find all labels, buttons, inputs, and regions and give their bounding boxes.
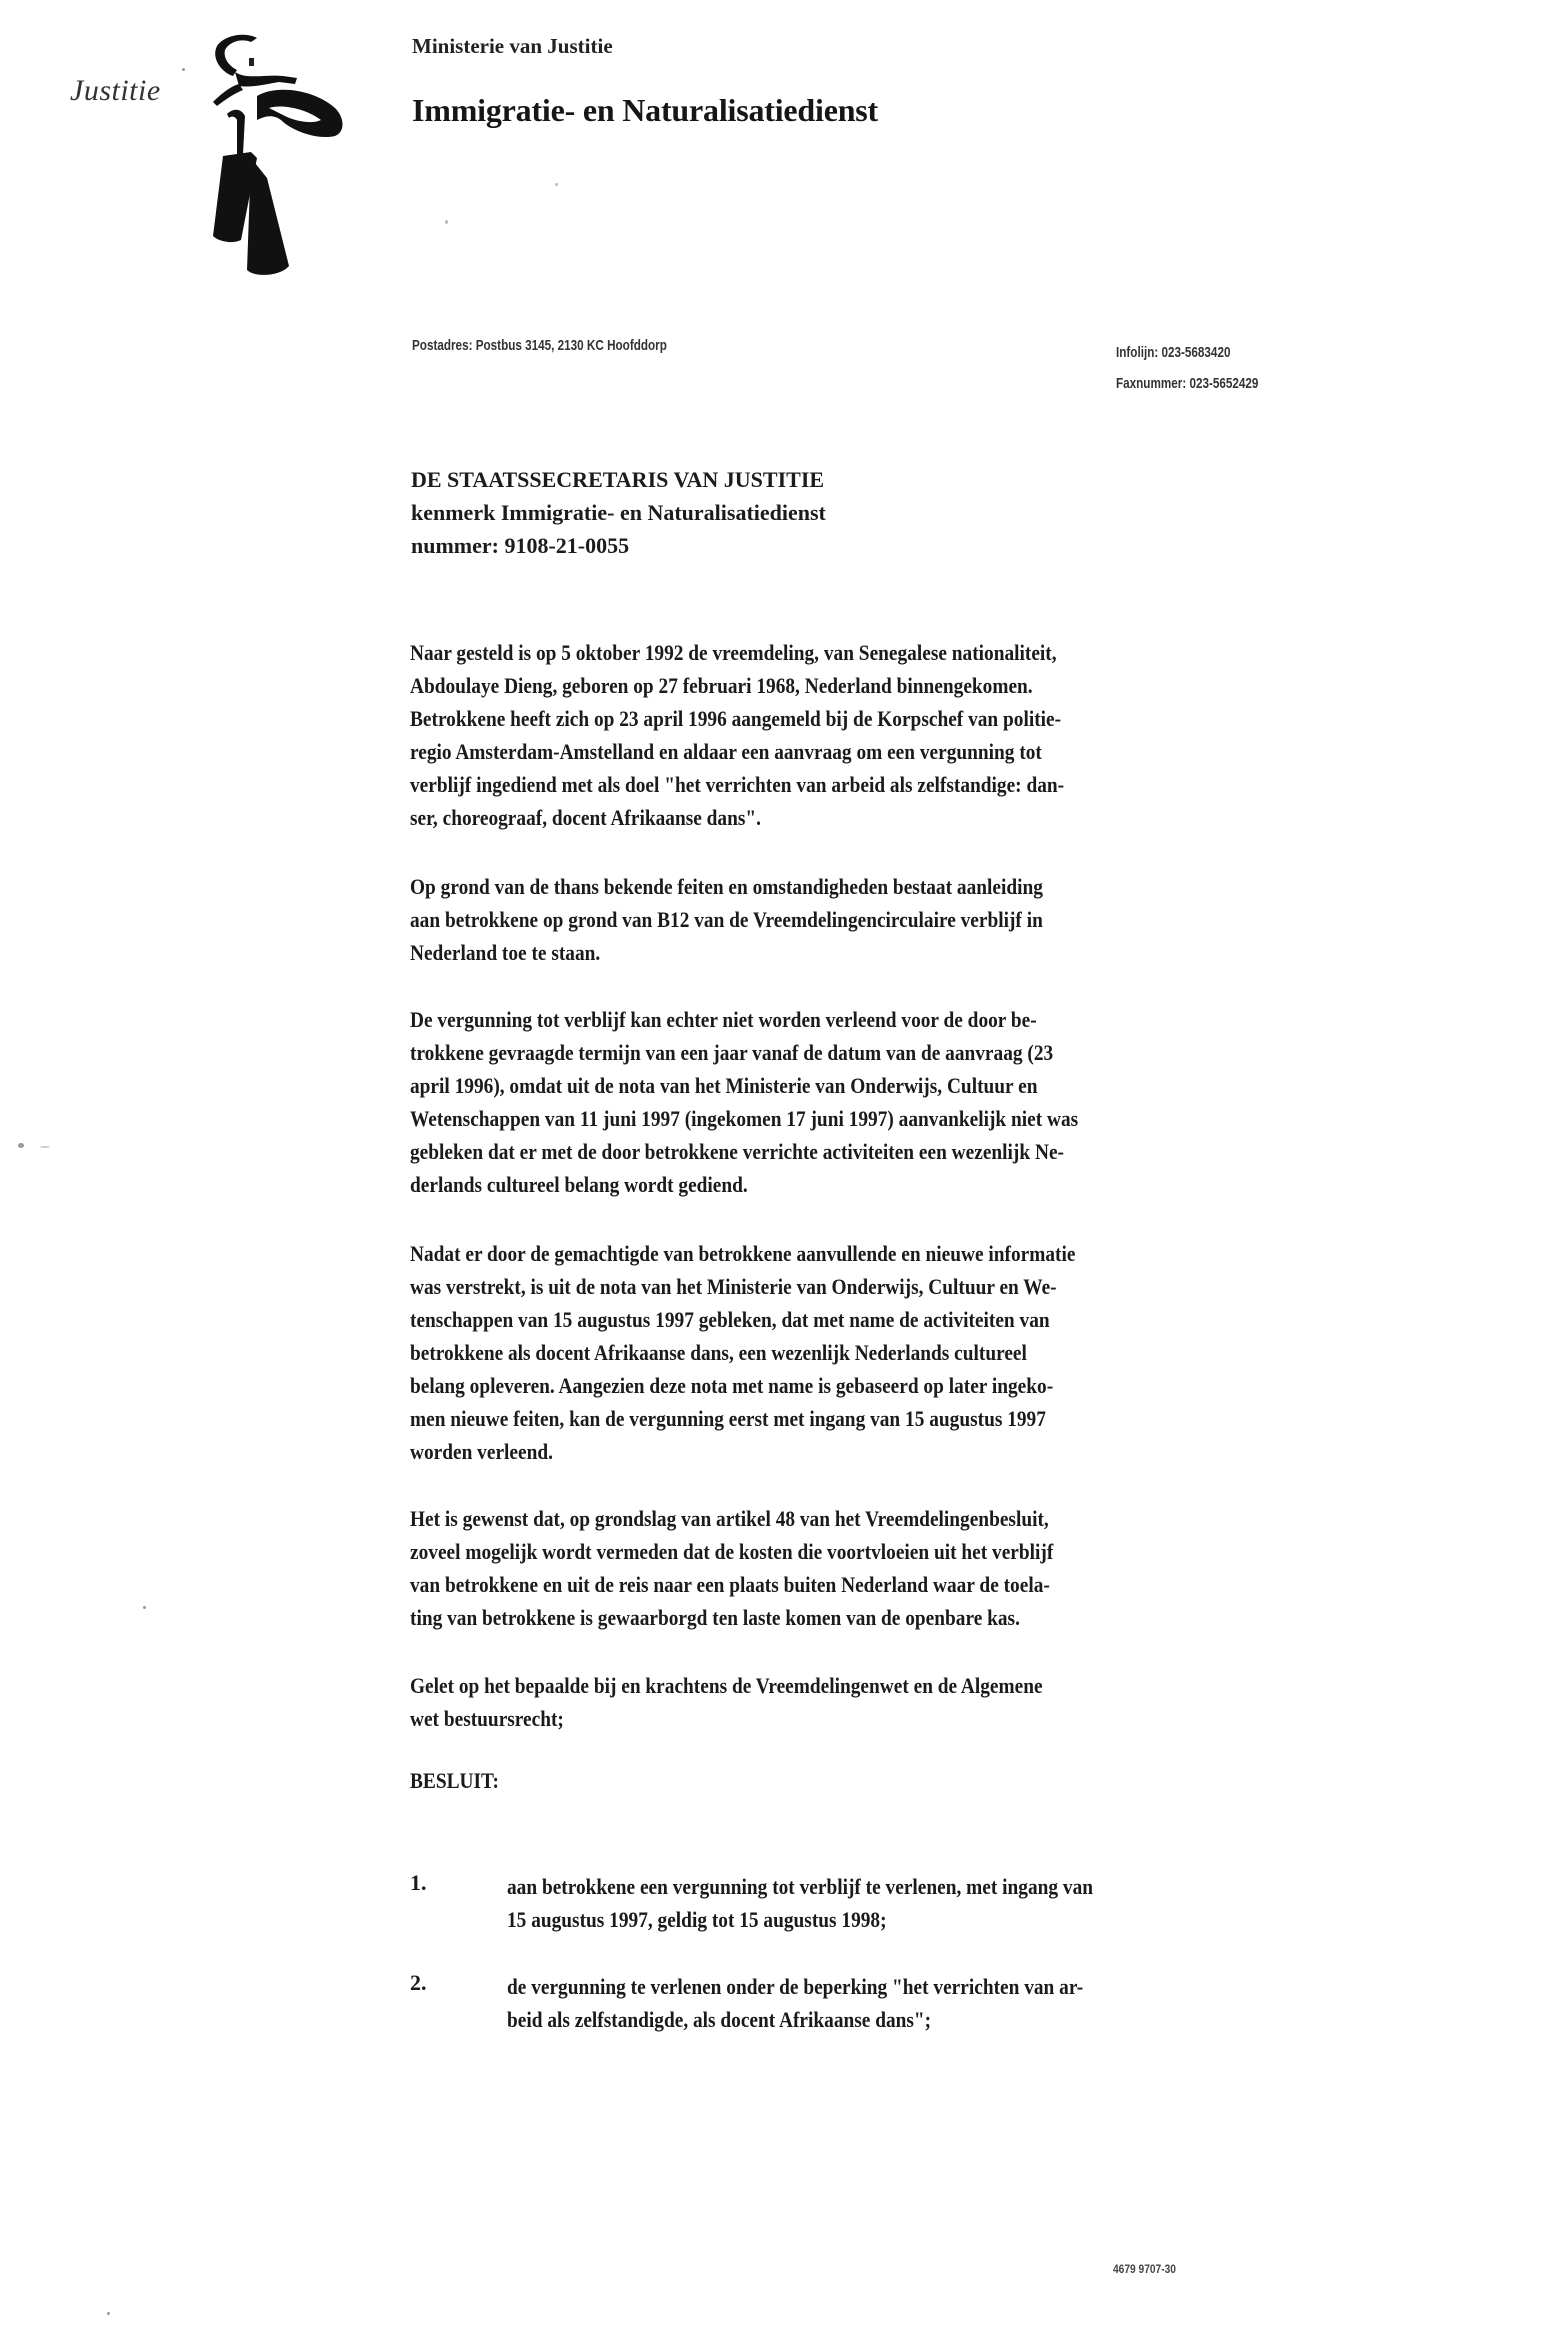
decision-number: 2.: [410, 1970, 427, 1996]
justitia-figure-icon: [185, 28, 365, 283]
scan-speck: [555, 183, 558, 186]
paragraph-new-information: Nadat er door de gemachtigde van betrokk…: [410, 1237, 1390, 1468]
decision-item: de vergunning te verlenen onder de beper…: [507, 1970, 1387, 2036]
form-code: 4679 9707-30: [1113, 2262, 1176, 2276]
scan-speck: [143, 1606, 146, 1609]
ministry-name: Ministerie van Justitie: [412, 34, 613, 59]
scan-speck: [445, 220, 448, 224]
infoline: Infolijn: 023-5683420: [1116, 344, 1230, 361]
sender-title: DE STAATSSECRETARIS VAN JUSTITIE: [411, 467, 824, 493]
paragraph-arrival: Naar gesteld is op 5 oktober 1992 de vre…: [410, 636, 1390, 834]
logo-wordmark: Justitie: [70, 74, 161, 108]
decision-item: aan betrokkene een vergunning tot verbli…: [507, 1870, 1387, 1936]
paragraph-legal-basis: Gelet op het bepaalde bij en krachtens d…: [410, 1669, 1390, 1735]
decision-number: 1.: [410, 1870, 427, 1896]
scan-speck: [18, 1143, 24, 1148]
reference-number: nummer: 9108-21-0055: [411, 533, 629, 559]
scan-speck: [182, 68, 185, 71]
service-name: Immigratie- en Naturalisatiedienst: [412, 92, 878, 129]
fax-number: Faxnummer: 023-5652429: [1116, 375, 1258, 392]
reference-label: kenmerk Immigratie- en Naturalisatiedien…: [411, 500, 826, 526]
paragraph-term: De vergunning tot verblijf kan echter ni…: [410, 1003, 1390, 1201]
scan-speck: [40, 1146, 50, 1148]
postal-address: Postadres: Postbus 3145, 2130 KC Hoofddo…: [412, 337, 667, 354]
scan-speck: [107, 2312, 110, 2315]
paragraph-grounds: Op grond van de thans bekende feiten en …: [410, 870, 1390, 969]
decision-heading: BESLUIT:: [410, 1768, 499, 1794]
paragraph-costs: Het is gewenst dat, op grondslag van art…: [410, 1502, 1390, 1634]
